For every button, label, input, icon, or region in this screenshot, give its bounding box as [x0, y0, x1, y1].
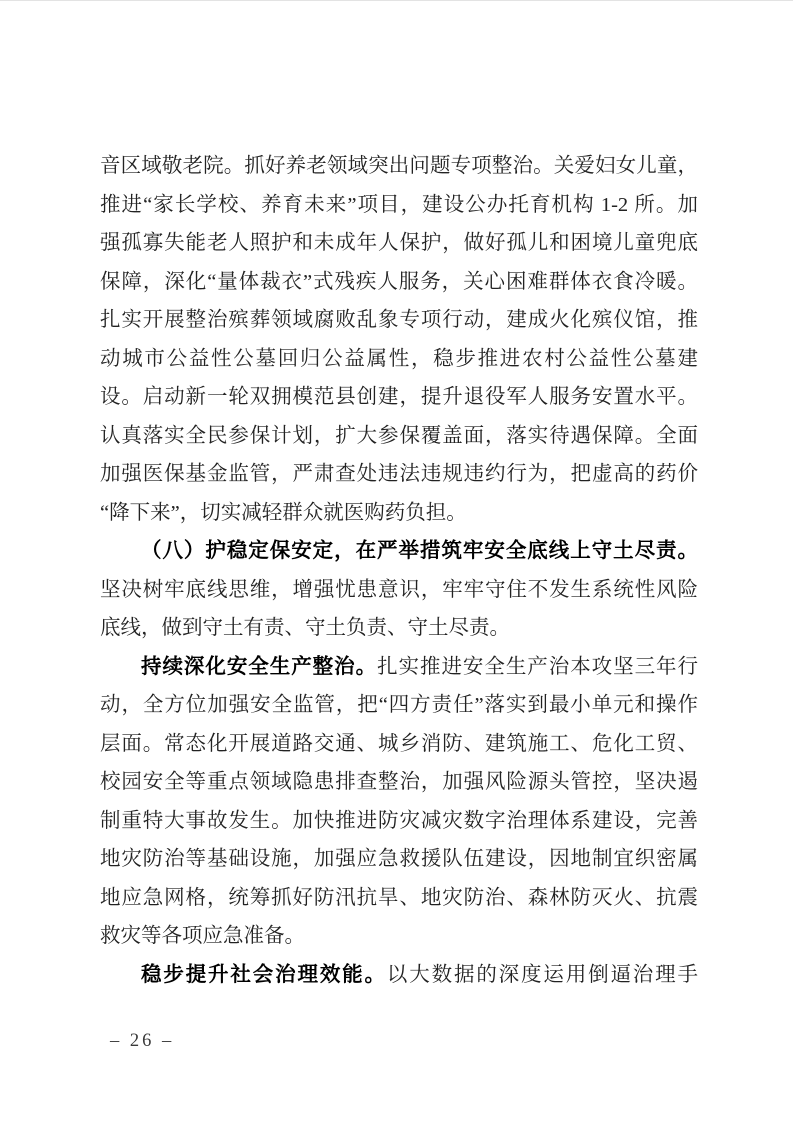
- text-segment: 底线，做到守土有责、守土负责、守土尽责。: [100, 617, 510, 639]
- text-segment: 地应急网格，统筹抓好防汛抗旱、地灾防治、森林防灭火、抗震: [100, 887, 698, 909]
- text-segment: 层面。常态化开展道路交通、城乡消防、建筑施工、危化工贸、: [100, 733, 698, 755]
- text-segment: 扎实开展整治殡葬领域腐败乱象专项行动，建成火化殡仪馆，推: [100, 309, 698, 331]
- text-line: 底线，做到守土有责、守土负责、守土尽责。: [100, 609, 698, 648]
- heading-segment: 持续深化安全生产整治。: [141, 655, 377, 678]
- text-segment: 保障，深化“量体裁衣”式残疾人服务，关心困难群体衣食冷暖。: [100, 271, 698, 293]
- text-line: “降下来”，切实减轻群众就医购药负担。: [100, 494, 698, 533]
- document-body: 音区域敬老院。抓好养老领域突出问题专项整治。关爱妇女儿童，推进“家长学校、养育未…: [100, 147, 698, 994]
- text-line: 地应急网格，统筹抓好防汛抗旱、地灾防治、森林防灭火、抗震: [100, 879, 698, 918]
- text-line: 层面。常态化开展道路交通、城乡消防、建筑施工、危化工贸、: [100, 725, 698, 764]
- text-segment: 加强医保基金监管，严肃查处违法违规违约行为，把虚高的药价: [100, 463, 698, 485]
- text-line: 制重特大事故发生。加快推进防灾减灾数字治理体系建设，完善: [100, 802, 698, 841]
- text-segment: 以大数据的深度运用倒逼治理手: [387, 964, 698, 986]
- text-line: 稳步提升社会治理效能。以大数据的深度运用倒逼治理手: [100, 956, 698, 995]
- text-segment: 强孤寡失能老人照护和未成年人保护，做好孤儿和困境儿童兜底: [100, 232, 698, 254]
- text-segment: 校园安全等重点领域隐患排查整治，加强风险源头管控，坚决遏: [100, 771, 698, 793]
- text-segment: 扎实推进安全生产治本攻坚三年行: [377, 656, 698, 678]
- text-line: 推进“家长学校、养育未来”项目，建设公办托育机构 1-2 所。加: [100, 186, 698, 225]
- text-segment: 认真落实全民参保计划，扩大参保覆盖面，落实待遇保障。全面: [100, 425, 698, 447]
- text-line: 持续深化安全生产整治。扎实推进安全生产治本攻坚三年行: [100, 648, 698, 687]
- text-line: 动城市公益性公墓回归公益属性，稳步推进农村公益性公墓建: [100, 340, 698, 379]
- text-segment: 音区域敬老院。抓好养老领域突出问题专项整治。关爱妇女儿童，: [100, 155, 698, 177]
- text-segment: 推进“家长学校、养育未来”项目，建设公办托育机构 1-2 所。加: [100, 194, 698, 216]
- text-line: 设。启动新一轮双拥模范县创建，提升退役军人服务安置水平。: [100, 378, 698, 417]
- heading-segment: 稳步提升社会治理效能。: [141, 963, 387, 986]
- text-line: 坚决树牢底线思维，增强忧患意识，牢牢守住不发生系统性风险: [100, 571, 698, 610]
- page-number: – 26 –: [110, 1030, 174, 1052]
- text-line: 强孤寡失能老人照护和未成年人保护，做好孤儿和困境儿童兜底: [100, 224, 698, 263]
- text-line: 认真落实全民参保计划，扩大参保覆盖面，落实待遇保障。全面: [100, 417, 698, 456]
- text-segment: 坚决树牢底线思维，增强忧患意识，牢牢守住不发生系统性风险: [100, 579, 698, 601]
- scan-edge-line: [0, 0, 793, 1]
- text-line: 音区域敬老院。抓好养老领域突出问题专项整治。关爱妇女儿童，: [100, 147, 698, 186]
- text-segment: 设。启动新一轮双拥模范县创建，提升退役军人服务安置水平。: [100, 386, 698, 408]
- text-segment: 地灾防治等基础设施，加强应急救援队伍建设，因地制宜织密属: [100, 848, 698, 870]
- text-segment: 动城市公益性公墓回归公益属性，稳步推进农村公益性公墓建: [100, 348, 698, 370]
- text-line: （八）护稳定保安定，在严举措筑牢安全底线上守土尽责。: [100, 532, 698, 571]
- text-line: 加强医保基金监管，严肃查处违法违规违约行为，把虚高的药价: [100, 455, 698, 494]
- text-segment: “降下来”，切实减轻群众就医购药负担。: [100, 502, 467, 524]
- heading-segment: （八）护稳定保安定，在严举措筑牢安全底线上守土尽责。: [141, 539, 698, 562]
- text-line: 地灾防治等基础设施，加强应急救援队伍建设，因地制宜织密属: [100, 840, 698, 879]
- text-segment: 救灾等各项应急准备。: [100, 925, 305, 947]
- text-line: 保障，深化“量体裁衣”式残疾人服务，关心困难群体衣食冷暖。: [100, 263, 698, 302]
- text-segment: 动，全方位加强安全监管，把“四方责任”落实到最小单元和操作: [100, 694, 698, 716]
- text-line: 扎实开展整治殡葬领域腐败乱象专项行动，建成火化殡仪馆，推: [100, 301, 698, 340]
- text-line: 校园安全等重点领域隐患排查整治，加强风险源头管控，坚决遏: [100, 763, 698, 802]
- document-page: 音区域敬老院。抓好养老领域突出问题专项整治。关爱妇女儿童，推进“家长学校、养育未…: [0, 0, 793, 1122]
- text-line: 救灾等各项应急准备。: [100, 917, 698, 956]
- text-segment: 制重特大事故发生。加快推进防灾减灾数字治理体系建设，完善: [100, 810, 698, 832]
- text-line: 动，全方位加强安全监管，把“四方责任”落实到最小单元和操作: [100, 686, 698, 725]
